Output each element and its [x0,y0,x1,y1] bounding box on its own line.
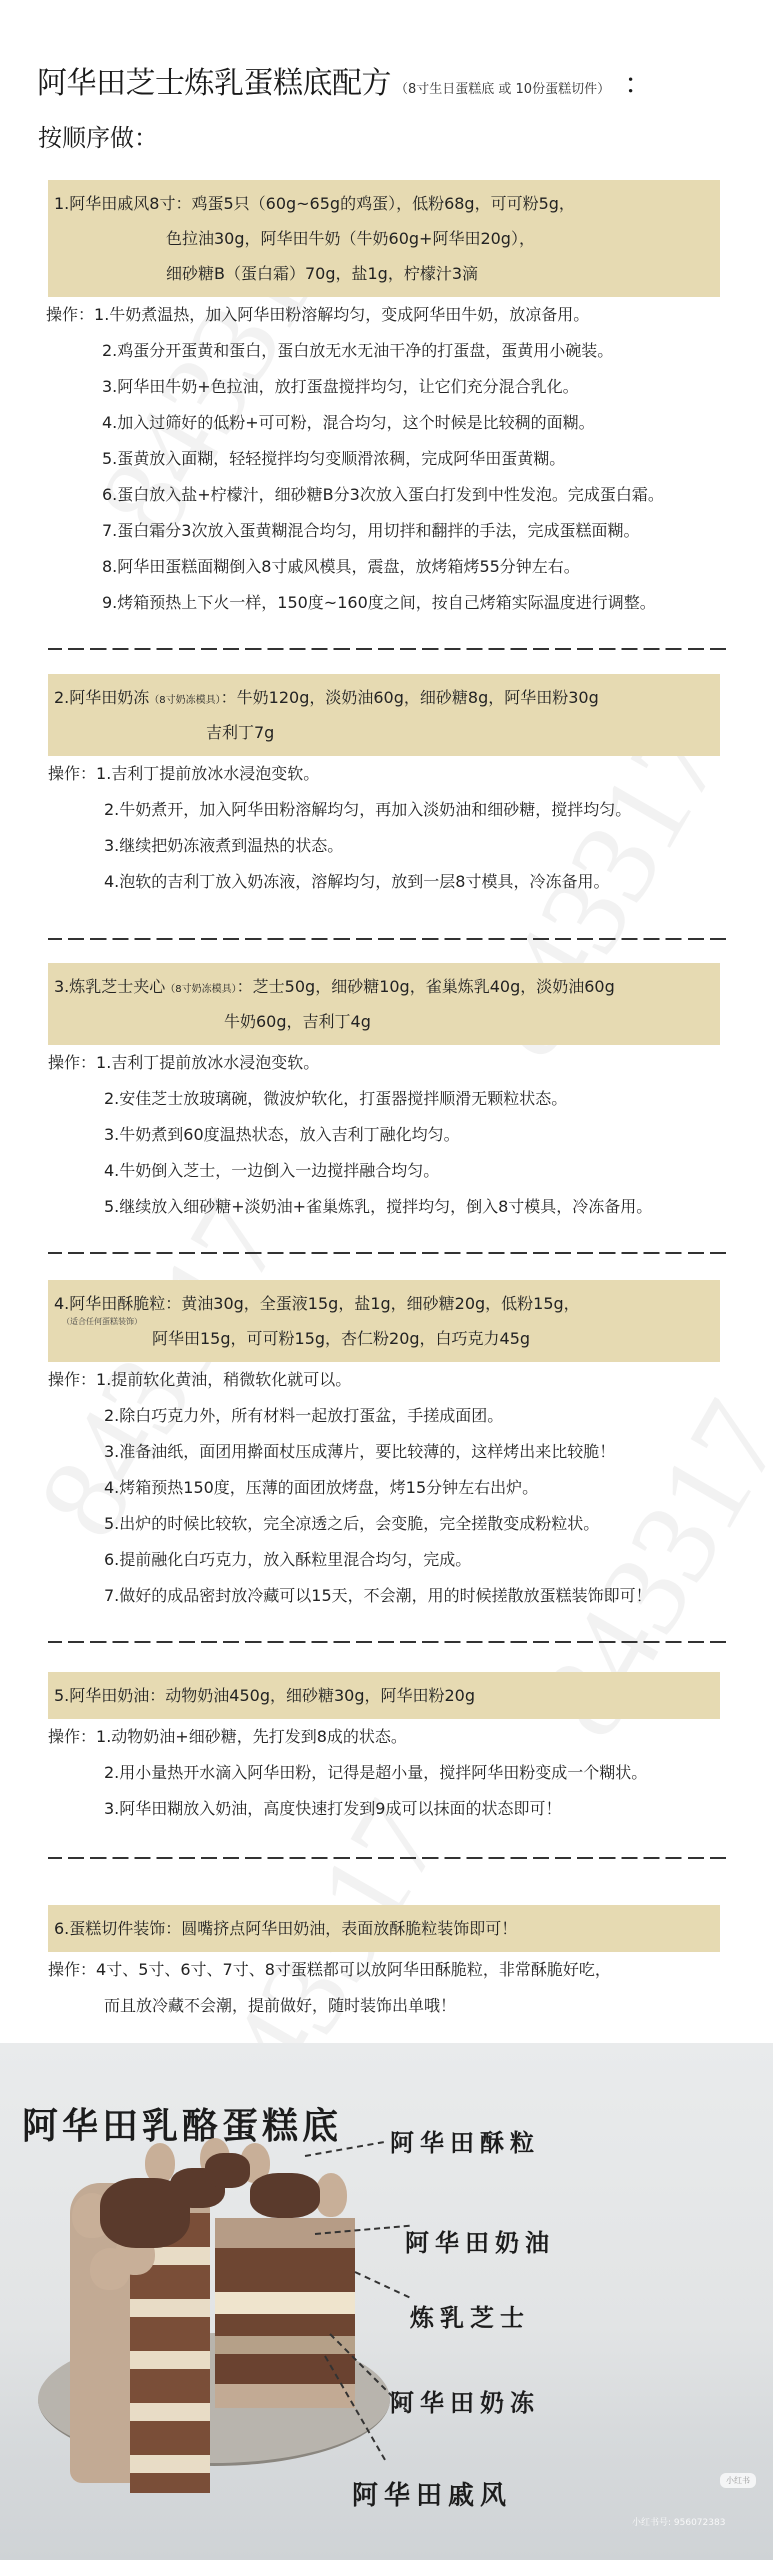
crumble-topping [205,2153,250,2188]
layer-label: 阿华田奶油 [405,2223,555,2258]
ingredients-band: 3.炼乳芝士夹心（8寸奶冻模具）：芝士50g，细砂糖10g，雀巢炼乳40g，淡奶… [48,963,720,1045]
heading-note: （8寸奶冻模具） [149,695,220,706]
title-main: 阿华田芝士炼乳蛋糕底配方 [37,58,391,102]
section-divider [48,1857,728,1859]
heading-colon: ： [221,688,237,707]
ingredient-line: 鸡蛋5只（60g~65g的鸡蛋），低粉68g，可可粉5g， [191,194,574,213]
steps-list: 操作：4寸、5寸、6寸、7寸、8寸蛋糕都可以放阿华田酥脆粒，非常酥脆好吃， 而且… [48,1952,720,2024]
section-milk-jelly: 2.阿华田奶冻（8寸奶冻模具）：牛奶120g，淡奶油60g，细砂糖8g，阿华田粉… [48,674,720,900]
step: 1.吉利丁提前放冰水浸泡变软。 [96,764,319,783]
subtitle: 按顺序做： [38,118,158,153]
section-divider [48,1252,728,1254]
step: 8.阿华田蛋糕面糊倒入8寸戚风模具，震盘，放烤箱烤55分钟左右。 [46,549,720,585]
section-divider [48,1641,728,1643]
cake-cross-section [215,2218,355,2408]
heading-colon: ： [237,977,253,996]
ingredient-line: 芝士50g，细砂糖10g，雀巢炼乳40g，淡奶油60g [253,977,615,996]
title-note: （8寸生日蛋糕底 或 10份蛋糕切件） [395,78,610,97]
ingredient-line: 黄油30g，全蛋液15g，盐1g，细砂糖20g，低粉15g， [181,1294,579,1313]
step: 6.提前融化白巧克力，放入酥粒里混合均匀，完成。 [48,1542,720,1578]
step: 1.牛奶煮温热，加入阿华田粉溶解均匀，变成阿华田牛奶，放凉备用。 [94,305,589,324]
section-heading: 6.蛋糕切件装饰： [54,1919,181,1938]
section-divider [48,648,728,650]
step: 2.用小量热开水滴入阿华田粉，记得是超小量，搅拌阿华田粉变成一个糊状。 [48,1755,720,1791]
ingredient-line: 阿华田15g，可可粉15g，杏仁粉20g，白巧克力45g [152,1329,530,1348]
step: 4.烤箱预热150度，压薄的面团放烤盘，烤15分钟左右出炉。 [48,1470,720,1506]
section-decoration: 6.蛋糕切件装饰：圆嘴挤点阿华田奶油，表面放酥脆粒装饰即可！ 操作：4寸、5寸、… [48,1905,720,2024]
step: 4.加入过筛好的低粉+可可粉，混合均匀，这个时候是比较稠的面糊。 [46,405,720,441]
step: 5.继续放入细砂糖+淡奶油+雀巢炼乳，搅拌均匀，倒入8寸模具，冷冻备用。 [48,1189,720,1225]
steps-list: 操作：1.提前软化黄油，稍微软化就可以。 2.除白巧克力外，所有材料一起放打蛋盆… [48,1362,720,1614]
step: 1.提前软化黄油，稍微软化就可以。 [96,1370,351,1389]
account-id: 小红书号: 956072383 [632,2515,725,2528]
step: 7.做好的成品密封放冷藏可以15天，不会潮，用的时候搓散放蛋糕装饰即可！ [48,1578,720,1614]
page-title: 阿华田芝士炼乳蛋糕底配方 （8寸生日蛋糕底 或 10份蛋糕切件） ： [37,58,763,102]
ingredients-band: 6.蛋糕切件装饰：圆嘴挤点阿华田奶油，表面放酥脆粒装饰即可！ [48,1905,720,1952]
step: 7.蛋白霜分3次放入蛋黄糊混合均匀，用切拌和翻拌的手法，完成蛋糕面糊。 [46,513,720,549]
step: 4.泡软的吉利丁放入奶冻液，溶解均匀，放到一层8寸模具，冷冻备用。 [48,864,720,900]
steps-list: 操作：1.吉利丁提前放冰水浸泡变软。 2.安佳芝士放玻璃碗，微波炉软化，打蛋器搅… [48,1045,720,1225]
recipe-page: 843317 843317 843317 843317 843317 阿华田芝士… [0,0,773,2560]
layer-label: 阿华田戚风 [352,2475,512,2512]
ops-label: 操作： [48,1370,96,1389]
ingredient-line: 色拉油30g，阿华田牛奶（牛奶60g+阿华田20g）， [166,229,535,248]
step: 2.鸡蛋分开蛋黄和蛋白，蛋白放无水无油干净的打蛋盘，蛋黄用小碗装。 [46,333,720,369]
ingredient-line: 圆嘴挤点阿华田奶油，表面放酥脆粒装饰即可！ [181,1919,517,1938]
layer-label: 阿华田酥粒 [390,2123,540,2158]
section-heading: 1.阿华田戚风8寸： [54,194,191,213]
title-colon: ： [624,62,652,102]
ingredient-line: 吉利丁7g [206,723,274,742]
cream-swirl [145,2143,175,2183]
ingredients-band: 4.阿华田酥脆粒：黄油30g，全蛋液15g，盐1g，细砂糖20g，低粉15g， … [48,1280,720,1362]
section-cream: 5.阿华田奶油：动物奶油450g，细砂糖30g，阿华田粉20g 操作：1.动物奶… [48,1672,720,1827]
step: 9.烤箱预热上下火一样，150度~160度之间，按自己烤箱实际温度进行调整。 [46,585,720,621]
ops-label: 操作： [48,1053,96,1072]
heading-note: （适合任何蛋糕装饰） [62,1316,142,1327]
steps-list: 操作：1.吉利丁提前放冰水浸泡变软。 2.牛奶煮开，加入阿华田粉溶解均匀，再加入… [48,756,720,900]
step: 3.继续把奶冻液煮到温热的状态。 [48,828,720,864]
section-crumble: 4.阿华田酥脆粒：黄油30g，全蛋液15g，盐1g，细砂糖20g，低粉15g， … [48,1280,720,1614]
ingredients-band: 2.阿华田奶冻（8寸奶冻模具）：牛奶120g，淡奶油60g，细砂糖8g，阿华田粉… [48,674,720,756]
section-cheese-filling: 3.炼乳芝士夹心（8寸奶冻模具）：芝士50g，细砂糖10g，雀巢炼乳40g，淡奶… [48,963,720,1225]
steps-list: 操作：1.牛奶煮温热，加入阿华田粉溶解均匀，变成阿华田牛奶，放凉备用。 2.鸡蛋… [46,297,720,621]
step: 3.准备油纸，面团用擀面杖压成薄片，要比较薄的，这样烤出来比较脆！ [48,1434,720,1470]
heading-note: （8寸奶冻模具） [165,984,236,995]
step: 1.吉利丁提前放冰水浸泡变软。 [96,1053,319,1072]
step: 2.牛奶煮开，加入阿华田粉溶解均匀，再加入淡奶油和细砂糖，搅拌均匀。 [48,792,720,828]
xiaohongshu-badge: 小红书 [720,2473,756,2488]
ingredient-line: 细砂糖B（蛋白霜）70g，盐1g，柠檬汁3滴 [166,264,478,283]
step: 4.牛奶倒入芝士，一边倒入一边搅拌融合均匀。 [48,1153,720,1189]
ops-label: 操作： [46,305,94,324]
ingredient-line: 牛奶120g，淡奶油60g，细砂糖8g，阿华田粉30g [237,688,599,707]
step: 2.安佳芝士放玻璃碗，微波炉软化，打蛋器搅拌顺滑无颗粒状态。 [48,1081,720,1117]
section-divider [48,938,728,940]
layer-label: 炼乳芝士 [410,2298,530,2333]
step: 4寸、5寸、6寸、7寸、8寸蛋糕都可以放阿华田酥脆粒，非常酥脆好吃， [96,1960,611,1979]
ops-label: 操作： [48,1727,96,1746]
step: 3.牛奶煮到60度温热状态，放入吉利丁融化均匀。 [48,1117,720,1153]
step: 1.动物奶油+细砂糖，先打发到8成的状态。 [96,1727,407,1746]
ingredient-line: 牛奶60g，吉利丁4g [224,1012,371,1031]
cake-photo: 阿华田乳酪蛋糕底 阿华田酥粒 阿华田奶油 炼乳芝士 阿华田奶冻 阿华田戚风 小红… [0,2043,773,2560]
section-heading: 5.阿华田奶油： [54,1686,165,1705]
step: 6.蛋白放入盐+柠檬汁，细砂糖B分3次放入蛋白打发到中性发泡。完成蛋白霜。 [46,477,720,513]
step: 5.蛋黄放入面糊，轻轻搅拌均匀变顺滑浓稠，完成阿华田蛋黄糊。 [46,441,720,477]
step: 而且放冷藏不会潮，提前做好，随时装饰出单哦！ [48,1988,720,2024]
step: 5.出炉的时候比较软，完全凉透之后，会变脆，完全搓散变成粉粒状。 [48,1506,720,1542]
ingredients-band: 5.阿华田奶油：动物奶油450g，细砂糖30g，阿华田粉20g [48,1672,720,1719]
layer-label: 阿华田奶冻 [390,2383,540,2418]
step: 3.阿华田牛奶+色拉油，放打蛋盘搅拌均匀，让它们充分混合乳化。 [46,369,720,405]
crumble-topping [250,2173,320,2218]
section-heading: 2.阿华田奶冻 [54,688,149,707]
ingredients-band: 1.阿华田戚风8寸：鸡蛋5只（60g~65g的鸡蛋），低粉68g，可可粉5g， … [48,180,720,297]
photo-title: 阿华田乳酪蛋糕底 [22,2098,342,2149]
pointer-line [355,2271,410,2298]
ops-label: 操作： [48,764,96,783]
step: 3.阿华田糊放入奶油，高度快速打发到9成可以抹面的状态即可！ [48,1791,720,1827]
step: 2.除白巧克力外，所有材料一起放打蛋盆，手搓成面团。 [48,1398,720,1434]
section-heading: 3.炼乳芝士夹心 [54,977,165,996]
steps-list: 操作：1.动物奶油+细砂糖，先打发到8成的状态。 2.用小量热开水滴入阿华田粉，… [48,1719,720,1827]
ops-label: 操作： [48,1960,96,1979]
section-chiffon: 1.阿华田戚风8寸：鸡蛋5只（60g~65g的鸡蛋），低粉68g，可可粉5g， … [48,180,720,621]
section-heading: 4.阿华田酥脆粒： [54,1294,181,1313]
ingredient-line: 动物奶油450g，细砂糖30g，阿华田粉20g [165,1686,475,1705]
